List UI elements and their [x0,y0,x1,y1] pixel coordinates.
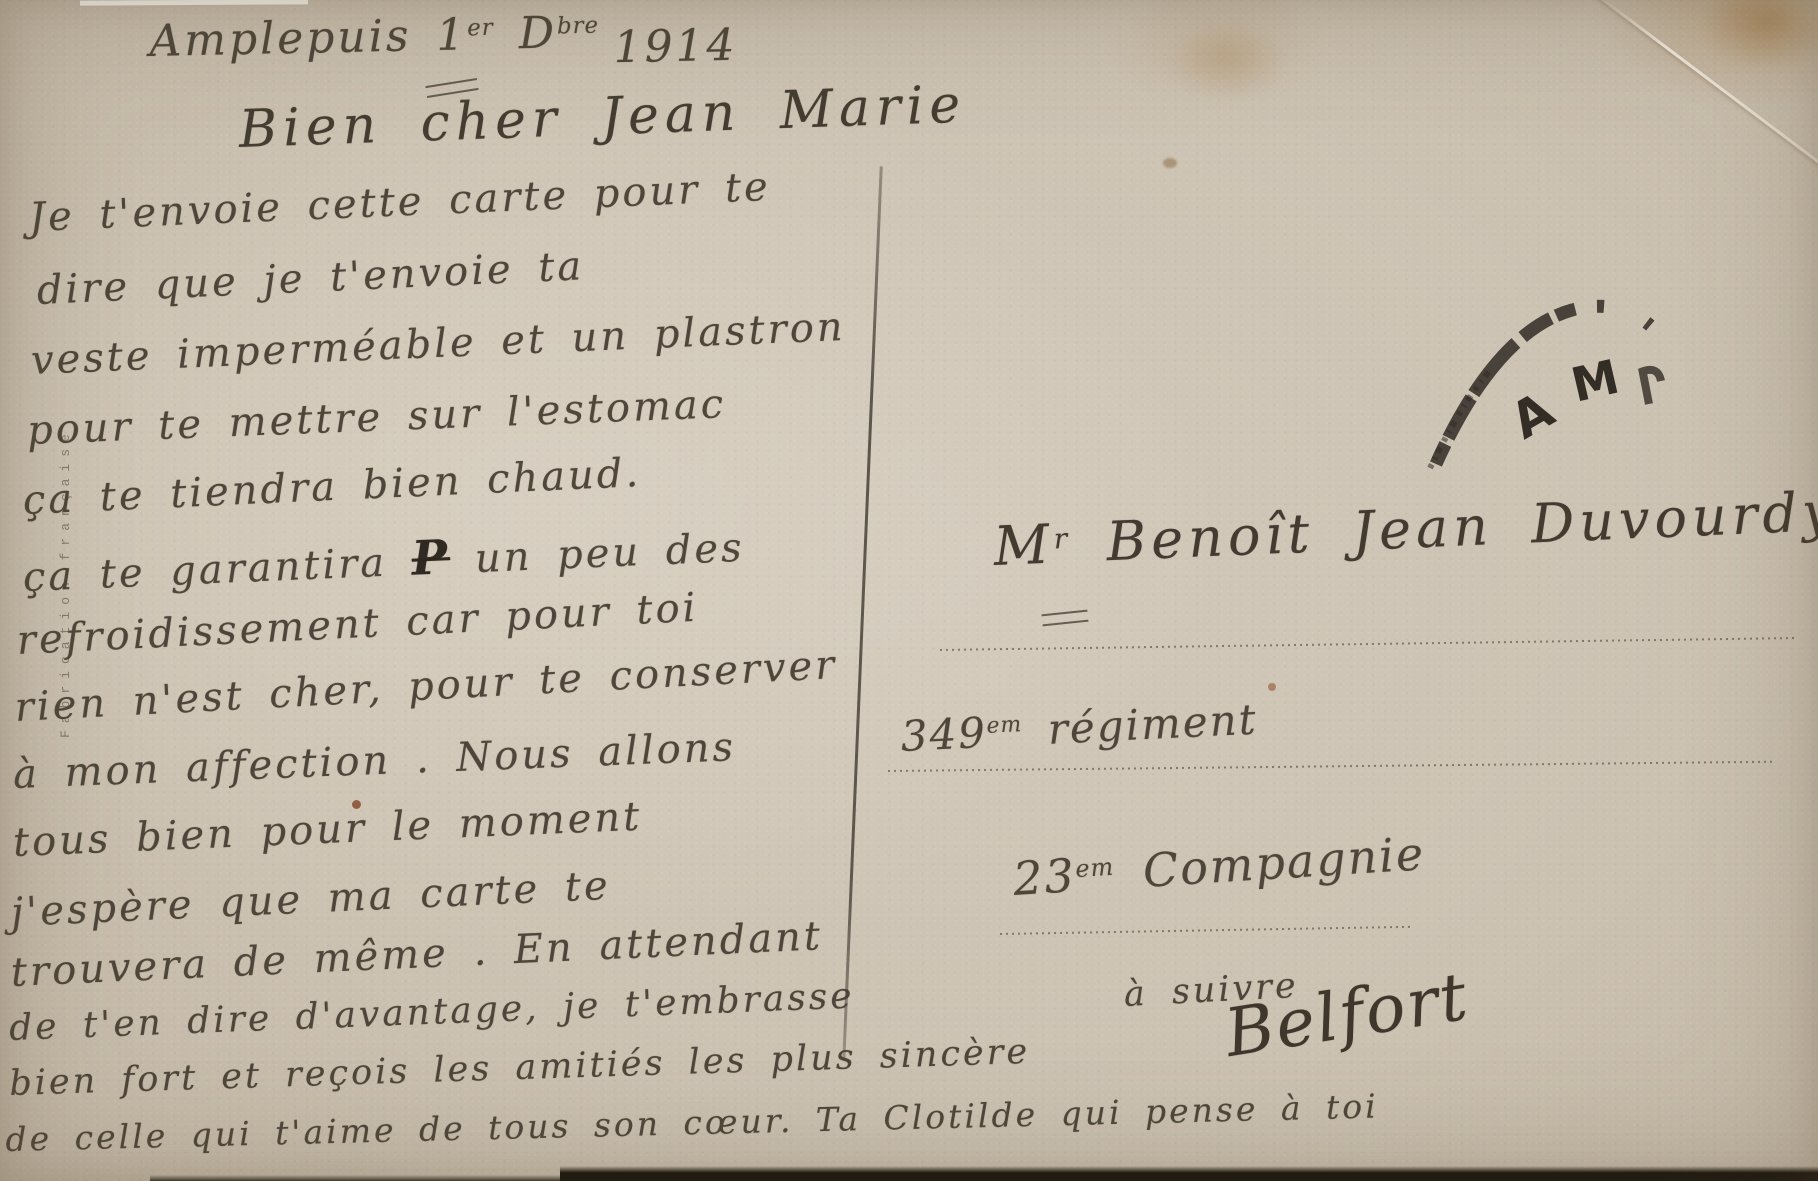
top-stain [1170,22,1285,100]
address-company: 23em Compagnie [1012,826,1427,906]
address-regiment: 349em régiment [900,695,1259,761]
addressee-name: Mr Benoît Jean Duvourdy [992,480,1818,578]
addressee-title-suffix: r [1053,522,1069,556]
crossed-out-letter: P [411,530,452,587]
center-divider-line [842,166,882,1060]
message-text: ça te garantira [22,539,413,601]
ink-speck [1268,683,1276,691]
scan-edge-sliver [80,0,308,6]
addressee-fullname: Benoît Jean Duvourdy [1105,480,1818,574]
message-line: à mon affection . Nous allons [12,724,737,798]
postmark-letter-a: A [1501,381,1564,451]
postmark-partial-glyph [1641,368,1661,404]
message-line: Je t'envoie cette carte pour te [28,164,772,241]
dateline: Amplepuis 1er Dbre1914 [149,4,738,67]
addressee-title: M [992,513,1055,578]
message-line: veste imperméable et un plastron [30,304,846,384]
message-line: tous bien pour le moment [12,794,643,866]
paper-crease [1596,0,1818,168]
message-line: pour te mettre sur l'estomac [26,381,727,454]
message-line: j'espère que ma carte te [10,863,612,936]
address-rule [888,761,1773,772]
message-line: dire que je t'envoie ta [36,243,585,314]
address-rule [1000,926,1410,935]
ink-speck [1163,158,1177,168]
postmark-letter-m: M [1566,350,1624,414]
message-text: un peu des [449,525,745,583]
regiment-suffix: em [986,712,1023,739]
scan-bottom-shadow [150,1175,565,1181]
scan-bottom-shadow [560,1166,1818,1181]
postcard-back: Fabrication française Amplepuis 1er Dbre… [0,0,1818,1181]
regiment-word: régiment [1047,695,1259,754]
message-line: ça te tiendra bien chaud. [22,450,642,524]
pen-flourish [1041,610,1088,627]
dateline-day: 1 [436,9,468,61]
company-suffix: em [1074,853,1115,883]
regiment-number: 349 [900,708,988,761]
dateline-place: Amplepuis [149,11,412,67]
corner-stain [1700,0,1818,70]
salutation: Bien cher Jean Marie [238,75,967,160]
company-word: Compagnie [1141,826,1426,898]
address-rule [940,637,1795,651]
company-number: 23 [1012,848,1078,906]
postmark-stamp: A M [1420,268,1690,478]
dateline-day-suffix: er [467,15,494,42]
dateline-month: D [518,7,557,59]
dateline-year: 1914 [613,20,738,74]
dateline-month-suffix: bre [557,13,600,40]
